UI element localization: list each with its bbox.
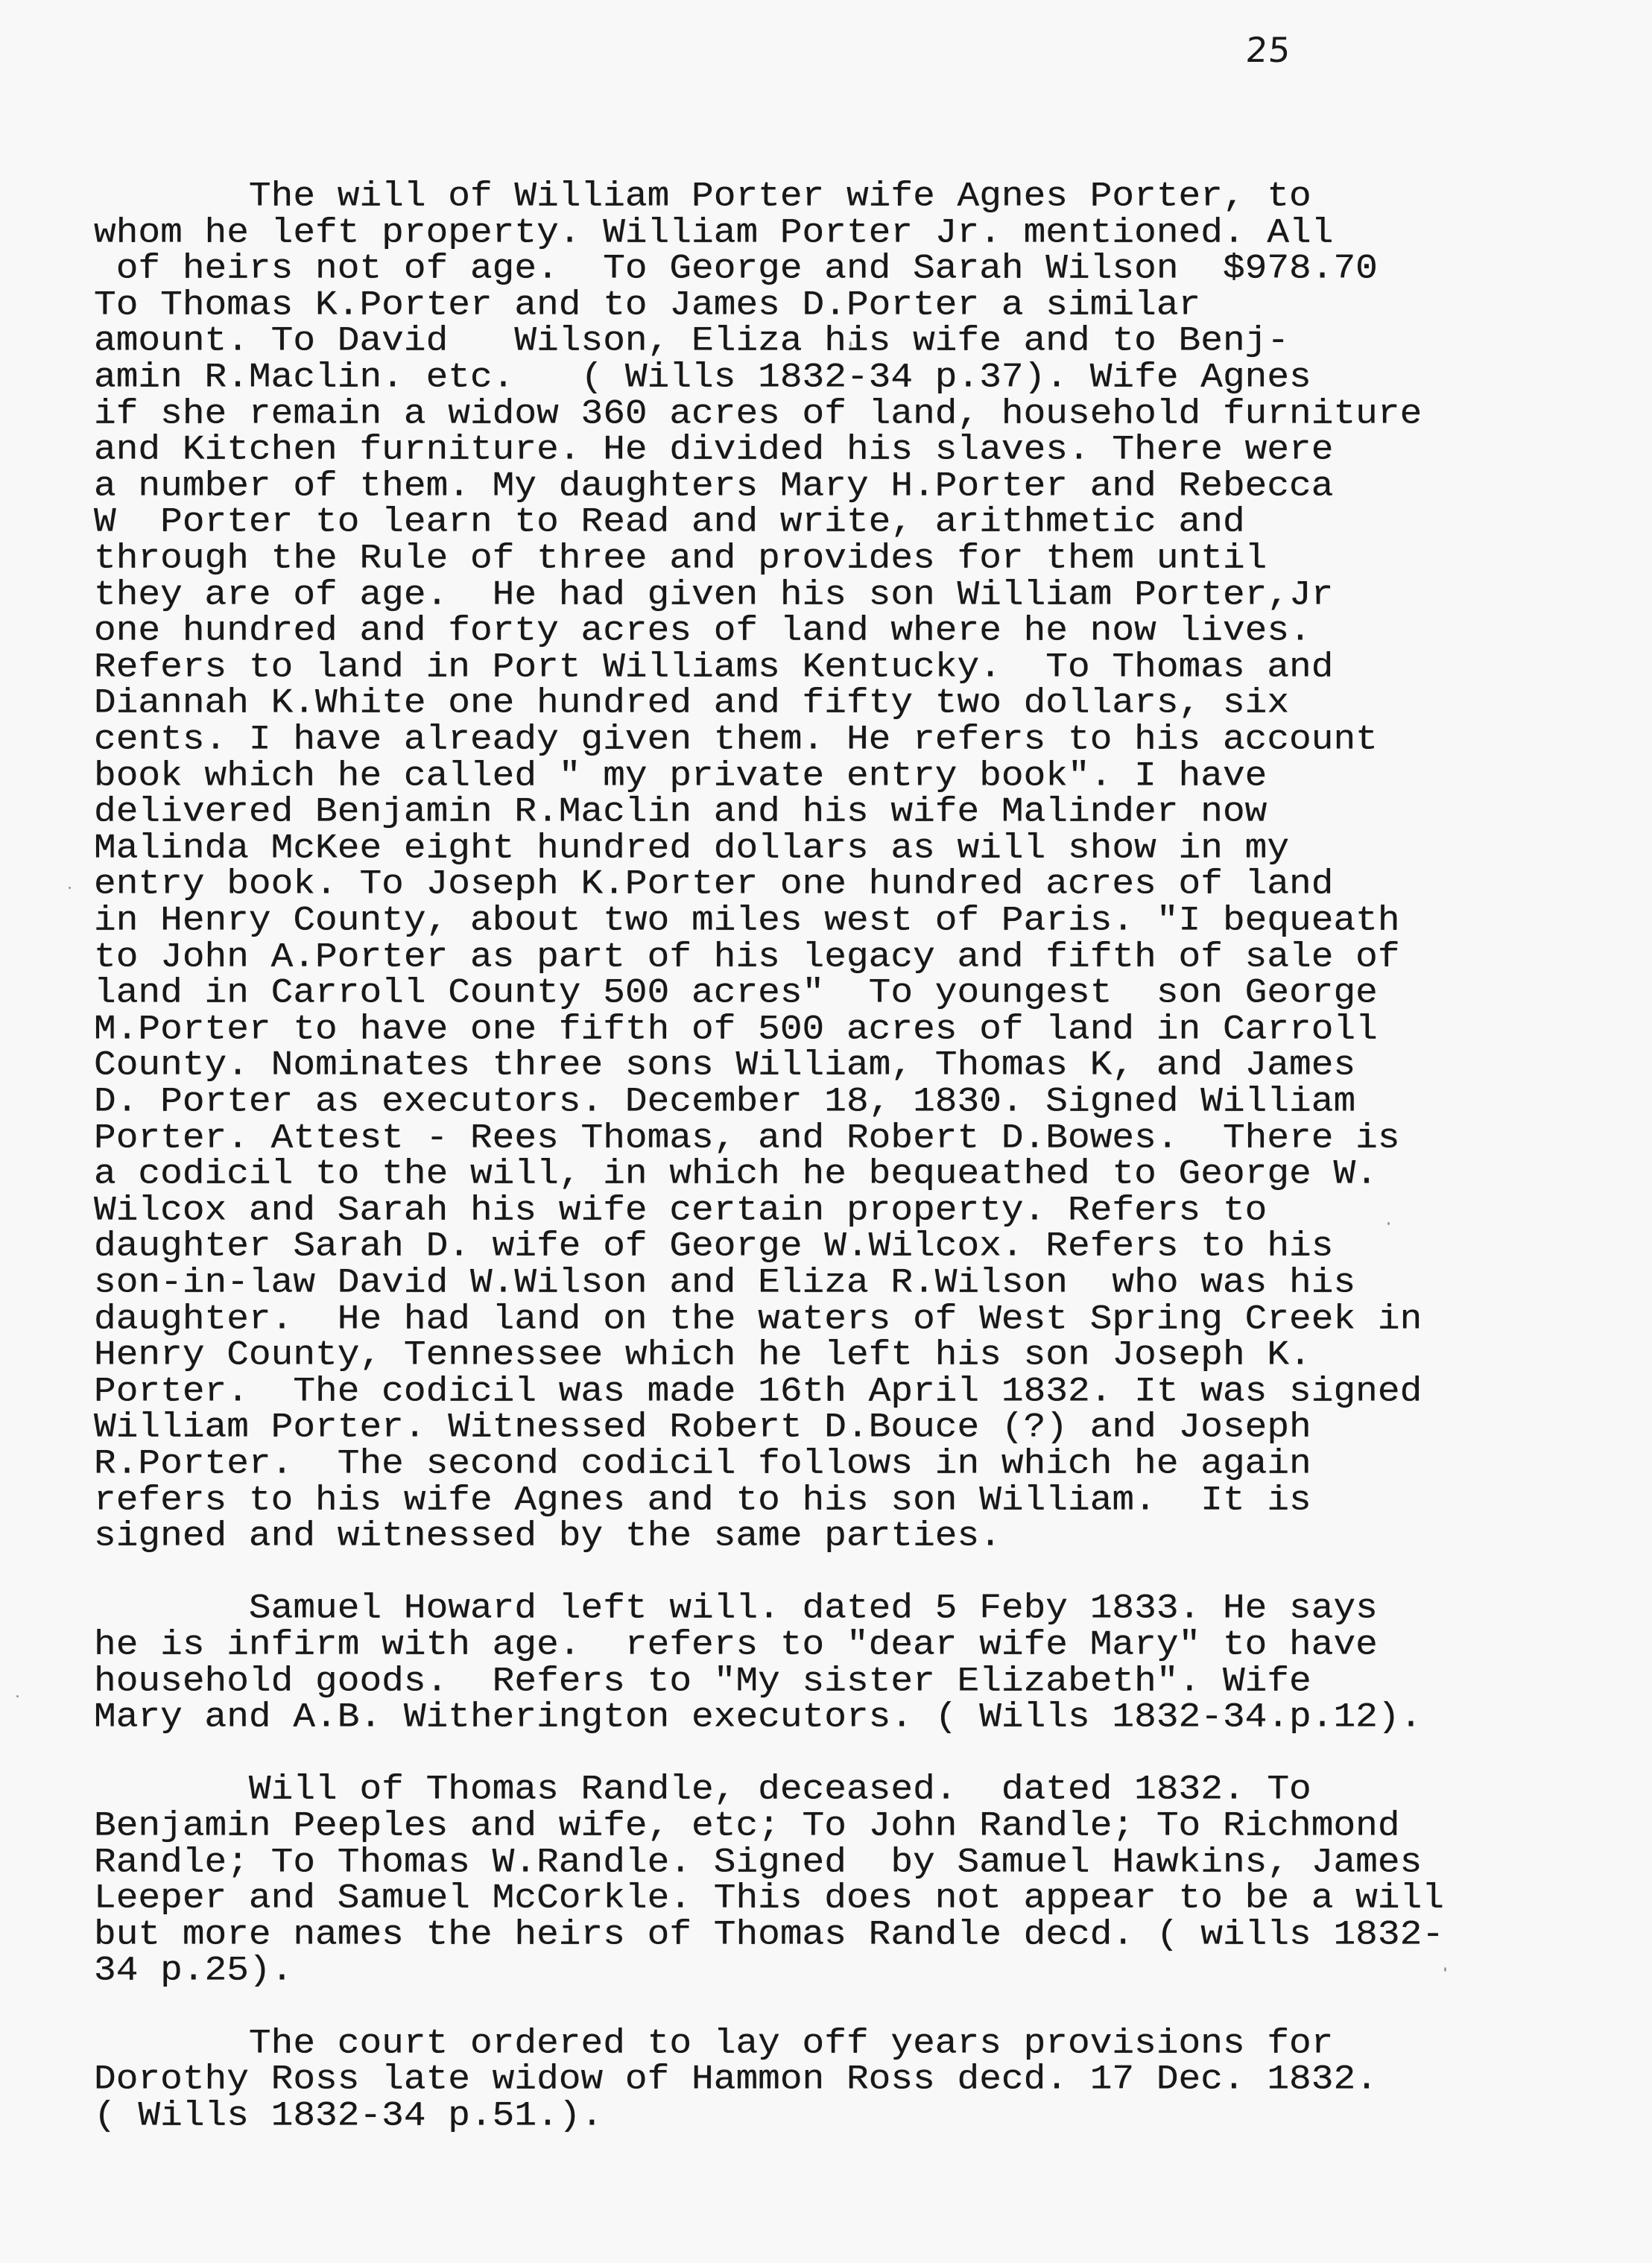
scan-speck bbox=[1444, 1967, 1446, 1972]
text-line: of heirs not of age. To George and Sarah… bbox=[94, 251, 1378, 286]
text-line: daughter. He had land on the waters of W… bbox=[94, 1302, 1422, 1337]
text-line: Randle; To Thomas W.Randle. Signed by Sa… bbox=[94, 1845, 1422, 1880]
text-line: D. Porter as executors. December 18, 183… bbox=[94, 1084, 1355, 1119]
text-line: Will of Thomas Randle, deceased. dated 1… bbox=[94, 1772, 1311, 1807]
text-line: Dorothy Ross late widow of Hammon Ross d… bbox=[94, 2062, 1378, 2097]
text-line: The court ordered to lay off years provi… bbox=[94, 2026, 1333, 2061]
scan-speck bbox=[69, 887, 71, 889]
text-line: through the Rule of three and provides f… bbox=[94, 541, 1267, 576]
text-line: Mary and A.B. Witherington executors. ( … bbox=[94, 1700, 1422, 1735]
text-line: he is infirm with age. refers to "dear w… bbox=[94, 1627, 1378, 1662]
text-line: Leeper and Samuel McCorkle. This does no… bbox=[94, 1881, 1444, 1916]
text-line: R.Porter. The second codicil follows in … bbox=[94, 1446, 1311, 1481]
text-line: to John A.Porter as part of his legacy a… bbox=[94, 940, 1400, 975]
text-line: refers to his wife Agnes and to his son … bbox=[94, 1483, 1311, 1518]
page-number: 25 bbox=[1244, 30, 1292, 70]
text-line: Porter. The codicil was made 16th April … bbox=[94, 1374, 1422, 1409]
text-line: W Porter to learn to Read and write, ari… bbox=[94, 504, 1245, 539]
text-line: Porter. Attest - Rees Thomas, and Robert… bbox=[94, 1121, 1400, 1156]
text-line: ( Wills 1832-34 p.51.). bbox=[94, 2098, 603, 2133]
text-line: household goods. Refers to "My sister El… bbox=[94, 1664, 1311, 1699]
text-line: 34 p.25). bbox=[94, 1953, 293, 1988]
text-line: and Kitchen furniture. He divided his sl… bbox=[94, 432, 1333, 467]
text-line: amin R.Maclin. etc. ( Wills 1832-34 p.37… bbox=[94, 360, 1311, 395]
document-page: 25 The will of William Porter wife Agnes… bbox=[0, 0, 1652, 2263]
scan-speck bbox=[611, 444, 613, 449]
text-line: in Henry County, about two miles west of… bbox=[94, 903, 1400, 938]
text-line: County. Nominates three sons William, Th… bbox=[94, 1048, 1355, 1083]
text-line: amount. To David Wilson, Eliza his wife … bbox=[94, 323, 1289, 358]
text-line: one hundred and forty acres of land wher… bbox=[94, 613, 1311, 648]
text-line: Diannah K.White one hundred and fifty tw… bbox=[94, 686, 1289, 721]
text-line: cents. I have already given them. He ref… bbox=[94, 722, 1378, 757]
text-line: land in Carroll County 500 acres" To you… bbox=[94, 975, 1378, 1010]
text-line: signed and witnessed by the same parties… bbox=[94, 1519, 1001, 1554]
text-line: entry book. To Joseph K.Porter one hundr… bbox=[94, 867, 1333, 902]
text-line: whom he left property. William Porter Jr… bbox=[94, 215, 1333, 250]
text-line: delivered Benjamin R.Maclin and his wife… bbox=[94, 794, 1267, 829]
text-line: son-in-law David W.Wilson and Eliza R.Wi… bbox=[94, 1265, 1355, 1300]
text-line: daughter Sarah D. wife of George W.Wilco… bbox=[94, 1229, 1333, 1264]
text-line: a codicil to the will, in which he beque… bbox=[94, 1156, 1378, 1191]
text-line: book which he called " my private entry … bbox=[94, 759, 1267, 794]
text-line: Benjamin Peeples and wife, etc; To John … bbox=[94, 1808, 1400, 1843]
scan-speck bbox=[16, 1695, 19, 1697]
text-line: if she remain a widow 360 acres of land,… bbox=[94, 396, 1422, 431]
text-line: but more names the heirs of Thomas Randl… bbox=[94, 1917, 1444, 1952]
text-line: M.Porter to have one fifth of 500 acres … bbox=[94, 1012, 1378, 1047]
text-line: To Thomas K.Porter and to James D.Porter… bbox=[94, 288, 1200, 323]
text-line: William Porter. Witnessed Robert D.Bouce… bbox=[94, 1410, 1311, 1445]
text-line: Refers to land in Port Williams Kentucky… bbox=[94, 650, 1333, 685]
scan-speck bbox=[849, 341, 852, 347]
text-line: Samuel Howard left will. dated 5 Feby 18… bbox=[94, 1591, 1378, 1626]
text-line: a number of them. My daughters Mary H.Po… bbox=[94, 469, 1333, 504]
text-line: The will of William Porter wife Agnes Po… bbox=[94, 179, 1311, 214]
text-line: they are of age. He had given his son Wi… bbox=[94, 577, 1333, 613]
text-line: Henry County, Tennessee which he left hi… bbox=[94, 1338, 1311, 1373]
scan-speck bbox=[1387, 1222, 1390, 1225]
text-line: Malinda McKee eight hundred dollars as w… bbox=[94, 831, 1289, 866]
text-line: Wilcox and Sarah his wife certain proper… bbox=[94, 1193, 1267, 1228]
